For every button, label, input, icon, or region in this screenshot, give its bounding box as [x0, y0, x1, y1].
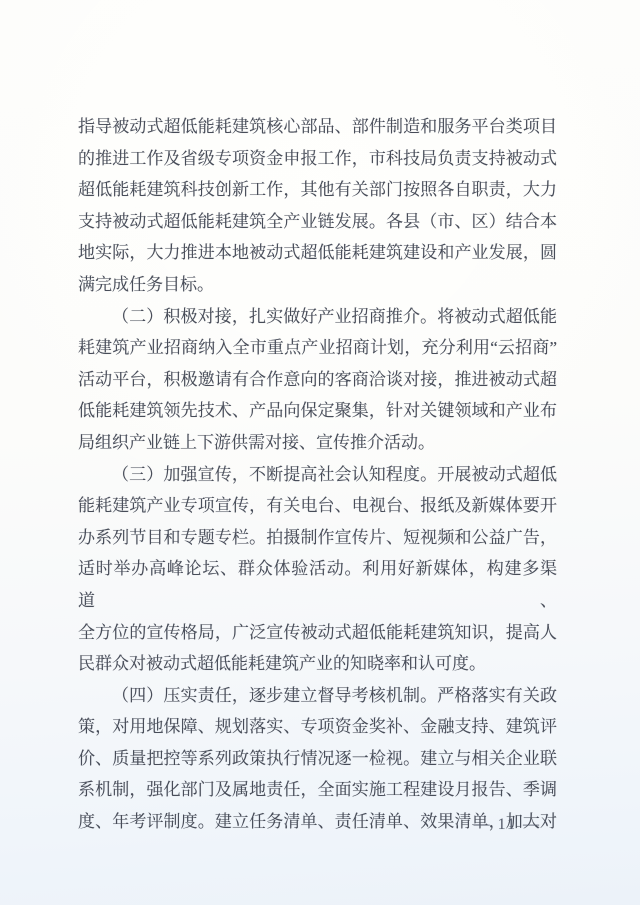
- text-line: 满完成任务目标。: [78, 269, 557, 301]
- text-line: 低能耗建筑领先技术、产品向保定聚集，针对关键领域和产业布: [78, 395, 557, 427]
- text-line: 办系列节目和专题专栏。拍摄制作宣传片、短视频和公益广告，: [78, 522, 557, 554]
- text-line: 支持被动式超低能耗建筑全产业链发展。各县（市、区）结合本: [78, 206, 557, 238]
- text-line: 价、质量把控等系列政策执行情况逐一检视。建立与相关企业联: [78, 743, 557, 775]
- text-line: 局组织产业链上下游供需对接、宣传推介活动。: [78, 427, 557, 459]
- text-line: 的推进工作及省级专项资金申报工作，市科技局负责支持被动式: [78, 143, 557, 175]
- page-number: — 11 —: [474, 816, 541, 833]
- text-line: 民群众对被动式超低能耗建筑产业的知晓率和认可度。: [78, 648, 557, 680]
- document-page: 指导被动式超低能耗建筑核心部品、部件制造和服务平台类项目 的推进工作及省级专项资…: [0, 0, 640, 905]
- text-line: 耗建筑产业招商纳入全市重点产业招商计划，充分利用“云招商”: [78, 332, 557, 364]
- text-line: 指导被动式超低能耗建筑核心部品、部件制造和服务平台类项目: [78, 111, 557, 143]
- text-line: （四）压实责任，逐步建立督导考核机制。严格落实有关政: [78, 680, 557, 712]
- text-line: （三）加强宣传，不断提高社会认知程度。开展被动式超低: [78, 459, 557, 491]
- text-line: 超低能耗建筑科技创新工作，其他有关部门按照各自职责，大力: [78, 174, 557, 206]
- text-line: 适时举办高峰论坛、群众体验活动。利用好新媒体，构建多渠道、: [78, 553, 557, 616]
- page-footer: — 11 —: [474, 816, 541, 834]
- text-line: 策，对用地保障、规划落实、专项资金奖补、金融支持、建筑评: [78, 711, 557, 743]
- text-line: 活动平台，积极邀请有合作意向的客商洽谈对接，推进被动式超: [78, 364, 557, 396]
- text-line: 能耗建筑产业专项宣传，有关电台、电视台、报纸及新媒体要开: [78, 490, 557, 522]
- text-line: （二）积极对接，扎实做好产业招商推介。将被动式超低能: [78, 301, 557, 333]
- text-line: 全方位的宣传格局，广泛宣传被动式超低能耗建筑知识，提高人: [78, 617, 557, 649]
- text-line: 系机制，强化部门及属地责任，全面实施工程建设月报告、季调: [78, 774, 557, 806]
- document-body: 指导被动式超低能耗建筑核心部品、部件制造和服务平台类项目 的推进工作及省级专项资…: [78, 111, 557, 838]
- text-line: 地实际，大力推进本地被动式超低能耗建筑建设和产业发展，圆: [78, 237, 557, 269]
